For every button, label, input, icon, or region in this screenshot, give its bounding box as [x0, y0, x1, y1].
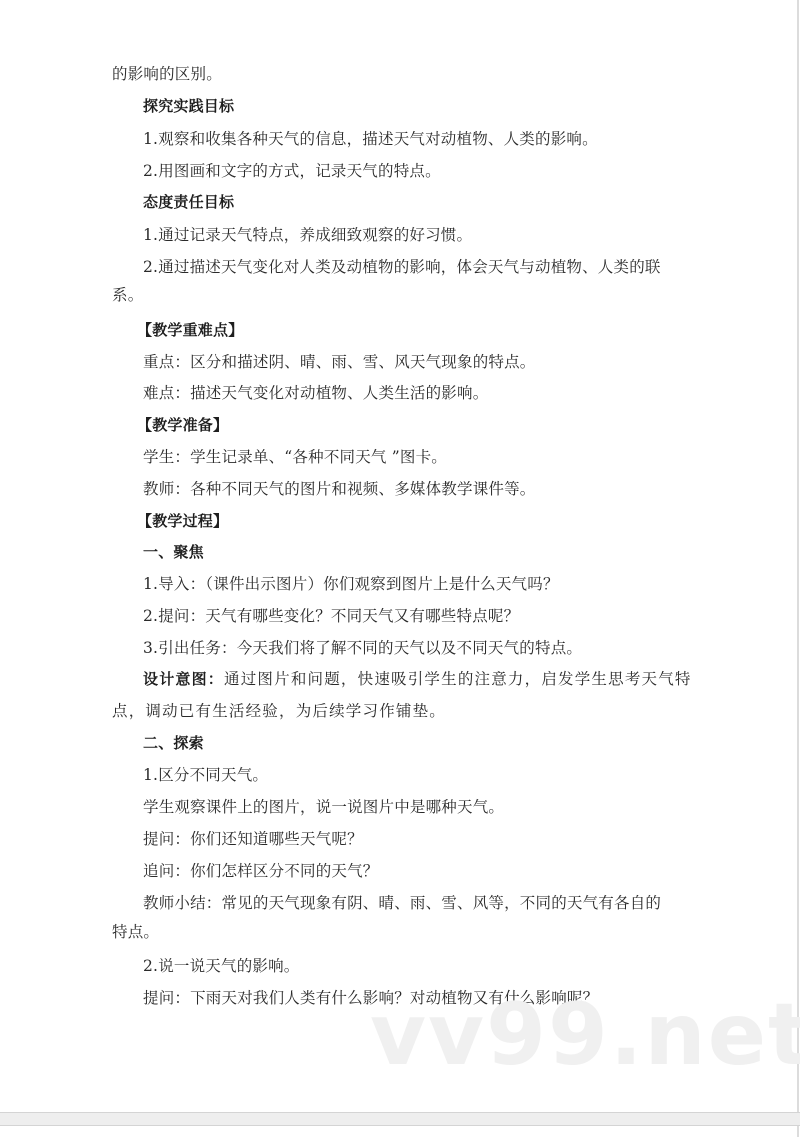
text-line: 1.导入：（课件出示图片）你们观察到图片上是什么天气吗？	[143, 574, 559, 594]
text-line: 学生观察课件上的图片，说一说图片中是哪种天气。	[143, 797, 504, 817]
text-line: 提问：你们还知道哪些天气呢？	[143, 829, 363, 849]
text-line: 3.引出任务：今天我们将了解不同的天气以及不同天气的特点。	[143, 638, 582, 658]
text-line: 系。	[112, 285, 143, 305]
text-line: 2.用图画和文字的方式，记录天气的特点。	[143, 161, 441, 181]
text-line: 特点。	[112, 922, 159, 942]
text-line: 2.通过描述天气变化对人类及动植物的影响，体会天气与动植物、人类的联	[143, 257, 661, 277]
text-line: 1.区分不同天气。	[143, 765, 268, 785]
subheading-attitude-goals: 态度责任目标	[143, 192, 234, 212]
text-line: 点，调动已有生活经验，为后续学习作铺垫。	[112, 701, 446, 721]
subheading-practice-goals: 探究实践目标	[143, 96, 234, 116]
text-line: 学生：学生记录单、“各种不同天气 ”图卡。	[143, 447, 447, 467]
design-intent-line: 设计意图：通过图片和问题，快速吸引学生的注意力，启发学生思考天气特	[143, 669, 692, 689]
text-line: 2.说一说天气的影响。	[143, 956, 300, 976]
text-line: 追问：你们怎样区分不同的天气？	[143, 861, 379, 881]
document-page: 的影响的区别。 探究实践目标 1.观察和收集各种天气的信息，描述天气对动植物、人…	[0, 0, 799, 1112]
page-separator	[0, 1112, 800, 1126]
design-intent-label: 设计意图：	[143, 670, 224, 688]
section-preparation: 【教学准备】	[137, 415, 228, 435]
watermark: vv99.net	[370, 990, 800, 1080]
subheading-explore: 二、探索	[143, 733, 204, 753]
next-page	[0, 1126, 799, 1137]
text-line: 1.通过记录天气特点，养成细致观察的好习惯。	[143, 225, 472, 245]
text-line: 教师小结：常见的天气现象有阴、晴、雨、雪、风等，不同的天气有各自的	[143, 893, 661, 913]
text-line: 的影响的区别。	[112, 64, 222, 84]
text-line: 教师：各种不同天气的图片和视频、多媒体教学课件等。	[143, 479, 536, 499]
section-key-points: 【教学重难点】	[137, 320, 243, 340]
section-process: 【教学过程】	[137, 511, 228, 531]
text-line: 1.观察和收集各种天气的信息，描述天气对动植物、人类的影响。	[143, 129, 598, 149]
subheading-focus: 一、聚焦	[143, 542, 204, 562]
text-line: 重点：区分和描述阴、晴、雨、雪、风天气现象的特点。	[143, 352, 536, 372]
design-intent-text: 通过图片和问题，快速吸引学生的注意力，启发学生思考天气特	[224, 670, 692, 688]
text-line: 难点：描述天气变化对动植物、人类生活的影响。	[143, 383, 488, 403]
text-line: 2.提问：天气有哪些变化？不同天气又有哪些特点呢？	[143, 606, 519, 626]
